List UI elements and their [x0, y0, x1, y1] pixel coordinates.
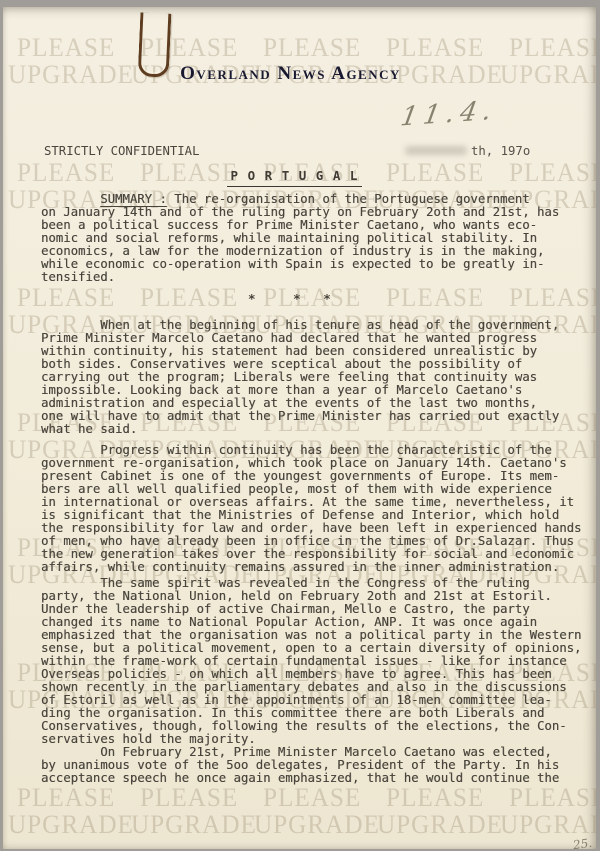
document-line: what he said. — [41, 423, 559, 436]
title-wrap: P O R T U G A L — [0, 165, 591, 187]
asterisk-separator: * * * — [248, 291, 331, 306]
scanned-page: { "watermark": { "line1": "PLEASE", "lin… — [0, 0, 600, 851]
faded-date-smudge — [405, 146, 467, 155]
pencil-annotation-top: 11.4. — [398, 95, 499, 132]
document-line: tensified. — [41, 271, 559, 284]
summary-label: SUMMARY : — [100, 192, 167, 206]
paragraph: SUMMARY : The re-organisation of the Por… — [41, 193, 559, 284]
document-line: acceptance speech he once again emphasiz… — [41, 772, 559, 785]
date-fragment: th, 197o — [471, 144, 530, 158]
paragraph: When at the beginning of his tenure as h… — [41, 319, 559, 436]
document-content: Overland News Agency 11.4. STRICTLY CONF… — [3, 7, 596, 849]
paperclip — [138, 12, 172, 77]
paragraph: The same spirit was revealed in the Cong… — [41, 577, 581, 746]
classification-label: STRICTLY CONFIDENTIAL — [44, 144, 199, 158]
document-line: affairs, while continuity remains assure… — [41, 561, 581, 574]
document-line: while economic co-operation with Spain i… — [41, 258, 559, 271]
paragraph: Progress within continuity has been the … — [41, 444, 581, 574]
pencil-page-number: 25. — [572, 836, 593, 851]
paragraph: On February 21st, Prime Minister Marcelo… — [41, 746, 559, 785]
page-title: P O R T U G A L — [227, 168, 363, 187]
agency-title: Overland News Agency — [0, 63, 587, 85]
paper-sheet: PLEASEUPGRADEPLEASEUPGRADEPLEASEUPGRADEP… — [3, 7, 596, 849]
